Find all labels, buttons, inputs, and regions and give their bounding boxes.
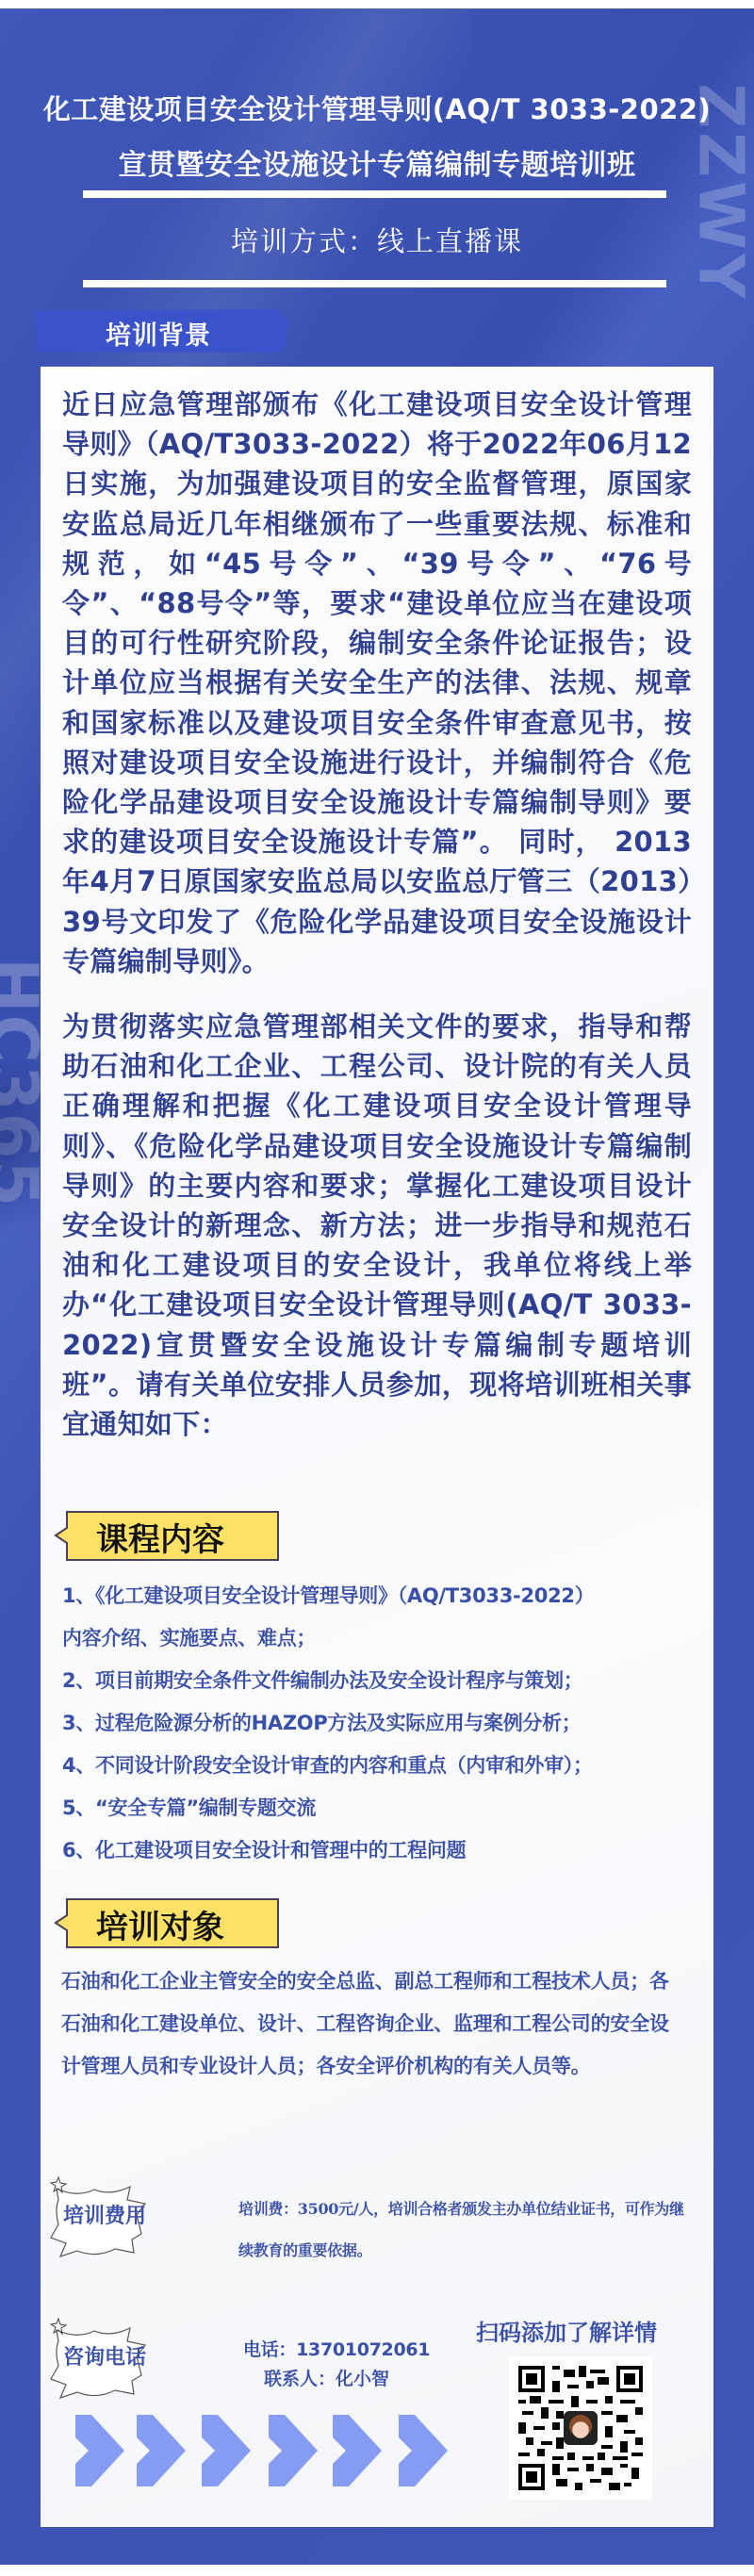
page-title-line1: 化工建设项目安全设计管理导则(AQ/T 3033-2022) xyxy=(0,89,754,127)
section-tab-label: 培训背景 xyxy=(106,315,211,352)
chevron-right-icon xyxy=(75,2415,124,2486)
fee-badge: 培训费用 xyxy=(49,2175,151,2260)
course-label-text: 课程内容 xyxy=(96,1514,224,1560)
course-section-label: 课程内容 xyxy=(67,1511,278,1560)
chevron-right-icon xyxy=(333,2415,382,2486)
scan-qr-label: 扫码添加了解详情 xyxy=(476,2314,657,2347)
background-paragraph-2: 为贯彻落实应急管理部相关文件的要求，指导和帮助石油和化工企业、工程公司、设计院的… xyxy=(62,1007,692,1444)
course-item: 6、化工建设项目安全设计和管理中的工程问题 xyxy=(62,1829,703,1872)
chevron-right-icon xyxy=(269,2415,318,2486)
page-title-line2: 宣贯暨安全设施设计专篇编制专题培训班 xyxy=(0,141,754,183)
chevron-right-icon xyxy=(399,2415,448,2486)
divider-top xyxy=(83,190,666,198)
background-paragraph-1: 近日应急管理部颁布《化工建设项目安全设计管理导则》（AQ/T3033-2022）… xyxy=(62,385,692,981)
target-audience-text: 石油和化工企业主管安全的安全总监、副总工程师和工程技术人员；各石油和化工建设单位… xyxy=(61,1961,674,2088)
fee-description: 培训费：3500元/人，培训合格者颁发主办单位结业证书，可作为继续教育的重要依据… xyxy=(238,2189,691,2272)
training-mode: 培训方式：线上直播课 xyxy=(0,221,754,259)
course-item: 4、不同设计阶段安全设计审查的内容和重点（内审和外审）； xyxy=(62,1745,703,1787)
course-item: 5、“安全专篇”编制专题交流 xyxy=(62,1787,703,1829)
course-item: 内容介绍、实施要点、难点； xyxy=(62,1617,703,1660)
course-list: 1、《化工建设项目安全设计管理导则》（AQ/T3033-2022） 内容介绍、实… xyxy=(62,1575,703,1872)
contact-label-text: 咨询电话 xyxy=(63,2341,139,2371)
contact-person: 联系人：化小智 xyxy=(264,2365,389,2390)
target-label-text: 培训对象 xyxy=(96,1901,224,1947)
fee-label-text: 培训费用 xyxy=(63,2200,139,2229)
contact-phone[interactable]: 电话：13701072061 xyxy=(243,2336,430,2361)
course-item: 1、《化工建设项目安全设计管理导则》（AQ/T3033-2022） xyxy=(62,1575,703,1617)
contact-badge: 咨询电话 xyxy=(49,2317,151,2402)
divider-bottom xyxy=(83,280,666,287)
chevron-right-icon xyxy=(137,2415,186,2486)
qr-code[interactable] xyxy=(509,2356,652,2500)
course-item: 2、项目前期安全条件文件编制办法及安全设计程序与策划； xyxy=(62,1660,703,1702)
decorative-chevrons xyxy=(75,2415,471,2486)
course-item: 3、过程危险源分析的HAZOP方法及实际应用与案例分析； xyxy=(62,1702,703,1745)
target-section-label: 培训对象 xyxy=(67,1898,278,1947)
qr-code-icon xyxy=(518,2366,643,2490)
chevron-right-icon xyxy=(202,2415,251,2486)
watermark-left: HC365 xyxy=(0,909,41,1257)
